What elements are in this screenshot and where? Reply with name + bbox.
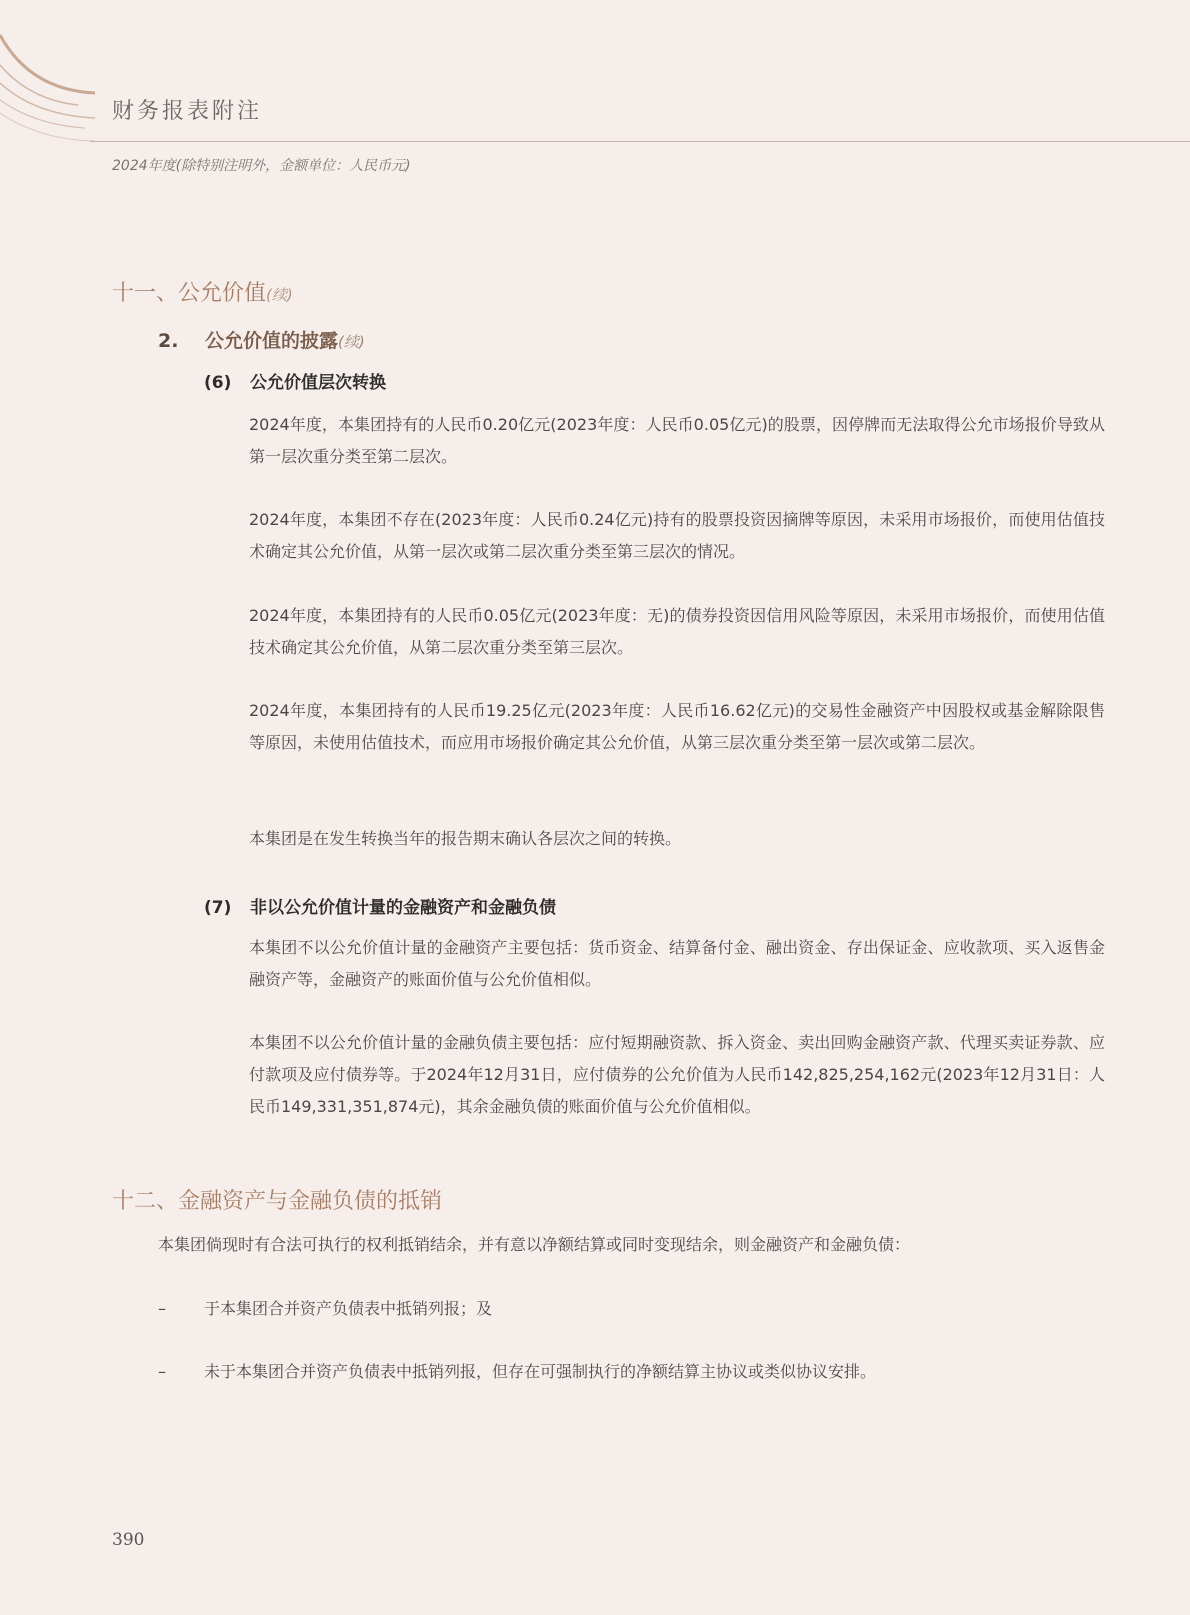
- item-7-heading: (7)非以公允价值计量的金融资产和金融负债: [204, 893, 556, 918]
- section-12-heading: 十二、金融资产与金融负债的抵销: [112, 1184, 442, 1215]
- paragraph: 本集团不以公允价值计量的金融负债主要包括：应付短期融资款、拆入资金、卖出回购金融…: [249, 1027, 1105, 1123]
- list-item-text: 未于本集团合并资产负债表中抵销列报，但存在可强制执行的净额结算主协议或类似协议安…: [204, 1362, 876, 1381]
- item-number: (7): [204, 898, 250, 918]
- item-title: 非以公允价值计量的金融资产和金融负债: [250, 898, 556, 918]
- section-11-title: 十一、公允价值: [112, 281, 266, 306]
- section-12-title: 十二、金融资产与金融负债的抵销: [112, 1189, 442, 1214]
- header-title: 财务报表附注: [112, 94, 262, 125]
- continued-label: (续): [338, 333, 365, 351]
- paragraph: 2024年度，本集团不存在(2023年度：人民币0.24亿元)持有的股票投资因摘…: [249, 504, 1105, 568]
- list-item: –未于本集团合并资产负债表中抵销列报，但存在可强制执行的净额结算主协议或类似协议…: [158, 1356, 876, 1388]
- item-6-heading: (6)公允价值层次转换: [204, 368, 386, 393]
- subsection-title: 公允价值的披露: [205, 330, 338, 352]
- dash-bullet: –: [158, 1293, 204, 1325]
- paragraph: 本集团不以公允价值计量的金融资产主要包括：货币资金、结算备付金、融出资金、存出保…: [249, 932, 1105, 996]
- paragraph: 2024年度，本集团持有的人民币0.20亿元(2023年度：人民币0.05亿元)…: [249, 409, 1105, 473]
- paragraph: 本集团是在发生转换当年的报告期末确认各层次之间的转换。: [249, 823, 1105, 855]
- continued-label: (续): [266, 286, 293, 304]
- section-11-heading: 十一、公允价值(续): [112, 276, 293, 307]
- item-number: (6): [204, 373, 250, 393]
- page-number: 390: [112, 1530, 144, 1550]
- list-item: –于本集团合并资产负债表中抵销列报；及: [158, 1293, 492, 1325]
- header-subtitle: 2024年度(除特别注明外，金额单位：人民币元): [112, 155, 411, 175]
- section-12-intro: 本集团倘现时有合法可执行的权利抵销结余，并有意以净额结算或同时变现结余，则金融资…: [158, 1229, 1108, 1261]
- header-divider: [90, 141, 1190, 142]
- paragraph: 2024年度，本集团持有的人民币19.25亿元(2023年度：人民币16.62亿…: [249, 695, 1105, 759]
- dash-bullet: –: [158, 1356, 204, 1388]
- paragraph: 2024年度，本集团持有的人民币0.05亿元(2023年度：无)的债券投资因信用…: [249, 600, 1105, 664]
- subsection-number: 2.: [158, 330, 205, 352]
- item-title: 公允价值层次转换: [250, 373, 386, 393]
- list-item-text: 于本集团合并资产负债表中抵销列报；及: [204, 1299, 492, 1318]
- subsection-2-heading: 2.公允价值的披露(续): [158, 326, 365, 353]
